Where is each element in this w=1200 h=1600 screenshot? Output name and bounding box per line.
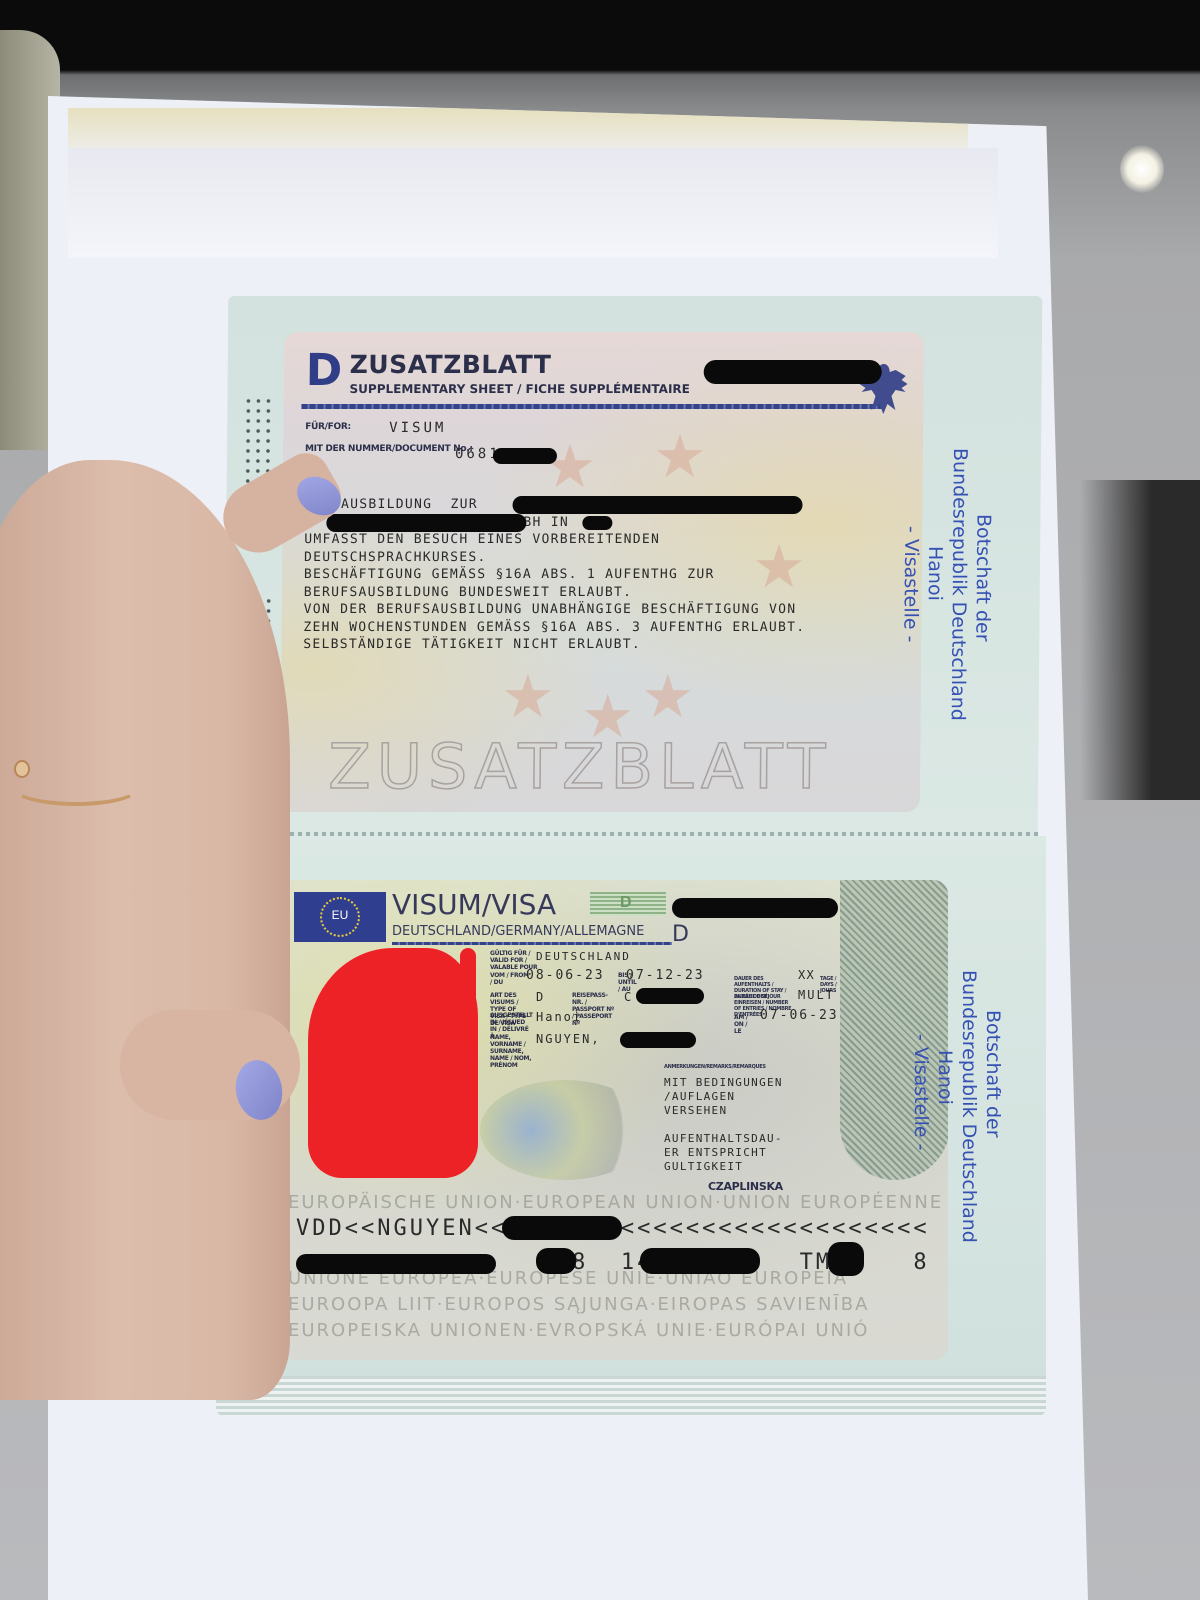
star-icon: ★ [653, 422, 707, 492]
sheet-title: ZUSATZBLATT [350, 350, 552, 379]
valid-from: 08-06-23 [526, 968, 605, 983]
redaction-bar [536, 1248, 576, 1274]
ceiling-light [1120, 145, 1164, 193]
redaction-bar [582, 516, 612, 530]
visa-title: VISUM/VISA [392, 888, 556, 921]
zusatzblatt-watermark: ZUSATZBLATT [328, 730, 832, 803]
sheet-subtitle: SUPPLEMENTARY SHEET / FICHE SUPPLÉMENTAI… [349, 382, 689, 396]
redaction-bar [296, 1254, 496, 1274]
background-object [1080, 480, 1200, 800]
microprint-text: EUROPEISKA UNIONEN·EVROPSKÁ UNIE·EURÓPAI… [288, 1320, 869, 1341]
redaction-bar [640, 1248, 760, 1274]
redaction-bar [620, 1032, 696, 1048]
visa-sticker: EU VISUM/VISA DEUTSCHLAND/GERMANY/ALLEMA… [280, 880, 948, 1360]
ring-stone [14, 760, 30, 778]
envelope-flap [68, 148, 998, 258]
redaction-bar [502, 1216, 622, 1240]
redaction-bar [512, 496, 802, 514]
redaction-bar [493, 448, 557, 464]
duration-value: XX [798, 968, 815, 982]
hologram [480, 1080, 650, 1180]
valid-until: 07-12-23 [626, 968, 705, 983]
country-code: D [672, 922, 689, 947]
issued-on: 07-06-23 [760, 1008, 839, 1023]
star-icon: ★ [641, 662, 695, 732]
passport-number: C [624, 990, 633, 1004]
redaction-bar [828, 1242, 864, 1276]
photo-redacted [460, 948, 476, 1148]
passport: ★ ★ ★ ★ ★ ★ D ZUSATZBLATT SUPPLEMENTARY … [226, 296, 1046, 1426]
holder-name: NGUYEN, [536, 1032, 601, 1046]
entries-value: MULT [798, 988, 835, 1002]
microprint-text: EUROOPA LIIT·EUROPOS SĄJUNGA·EIROPAS SAV… [288, 1294, 869, 1315]
supplementary-sheet-sticker: ★ ★ ★ ★ ★ ★ D ZUSATZBLATT SUPPLEMENTARY … [280, 332, 924, 812]
name-label: NAME, VORNAME / SURNAME, NAME / NOM, PRÉ… [490, 1034, 536, 1069]
d-country-logo: D [306, 350, 340, 392]
envelope-adhesive-strip [68, 108, 968, 148]
for-value: VISUM [389, 420, 446, 436]
passport-page-top: ★ ★ ★ ★ ★ ★ D ZUSATZBLATT SUPPLEMENTARY … [224, 296, 1043, 836]
header-rule [301, 404, 881, 409]
visa-subtitle: DEUTSCHLAND/GERMANY/ALLEMAGNE [392, 924, 644, 939]
microprint-text: EUROPÄISCHE UNION·EUROPEAN UNION·UNION E… [288, 1192, 943, 1213]
remarks-text: MIT BEDINGUNGEN /AUFLAGEN VERSEHEN AUFEN… [664, 1076, 783, 1174]
passport-page-edges [216, 1376, 1046, 1416]
star-icon: ★ [543, 432, 597, 502]
hand [0, 460, 290, 1400]
from-label: VOM / FROM / DU [490, 972, 530, 986]
green-d-mark: D [590, 892, 666, 916]
for-label: FÜR/FOR: [305, 422, 351, 432]
redaction-bar [704, 360, 882, 384]
redaction-bar [672, 898, 838, 918]
redaction-bar [326, 514, 526, 532]
issued-on-label: AM / ON / LE [734, 1014, 754, 1035]
redaction-bar [636, 988, 704, 1004]
star-icon: ★ [501, 662, 555, 732]
eu-flag-icon: EU [294, 892, 386, 942]
photo-redacted [308, 948, 478, 1178]
visa-type: D [536, 990, 545, 1004]
passport-page-bottom: EU VISUM/VISA DEUTSCHLAND/GERMANY/ALLEMA… [216, 836, 1046, 1396]
valid-for-value: DEUTSCHLAND [536, 950, 631, 963]
header-rule [392, 942, 672, 945]
document-number-label: MIT DER NUMMER/DOCUMENT No.: [305, 444, 473, 454]
issued-in: Hanoi [536, 1010, 582, 1024]
ring [12, 770, 140, 806]
remarks-label: ANMERKUNGEN/REMARKS/REMARQUES [664, 1064, 766, 1070]
